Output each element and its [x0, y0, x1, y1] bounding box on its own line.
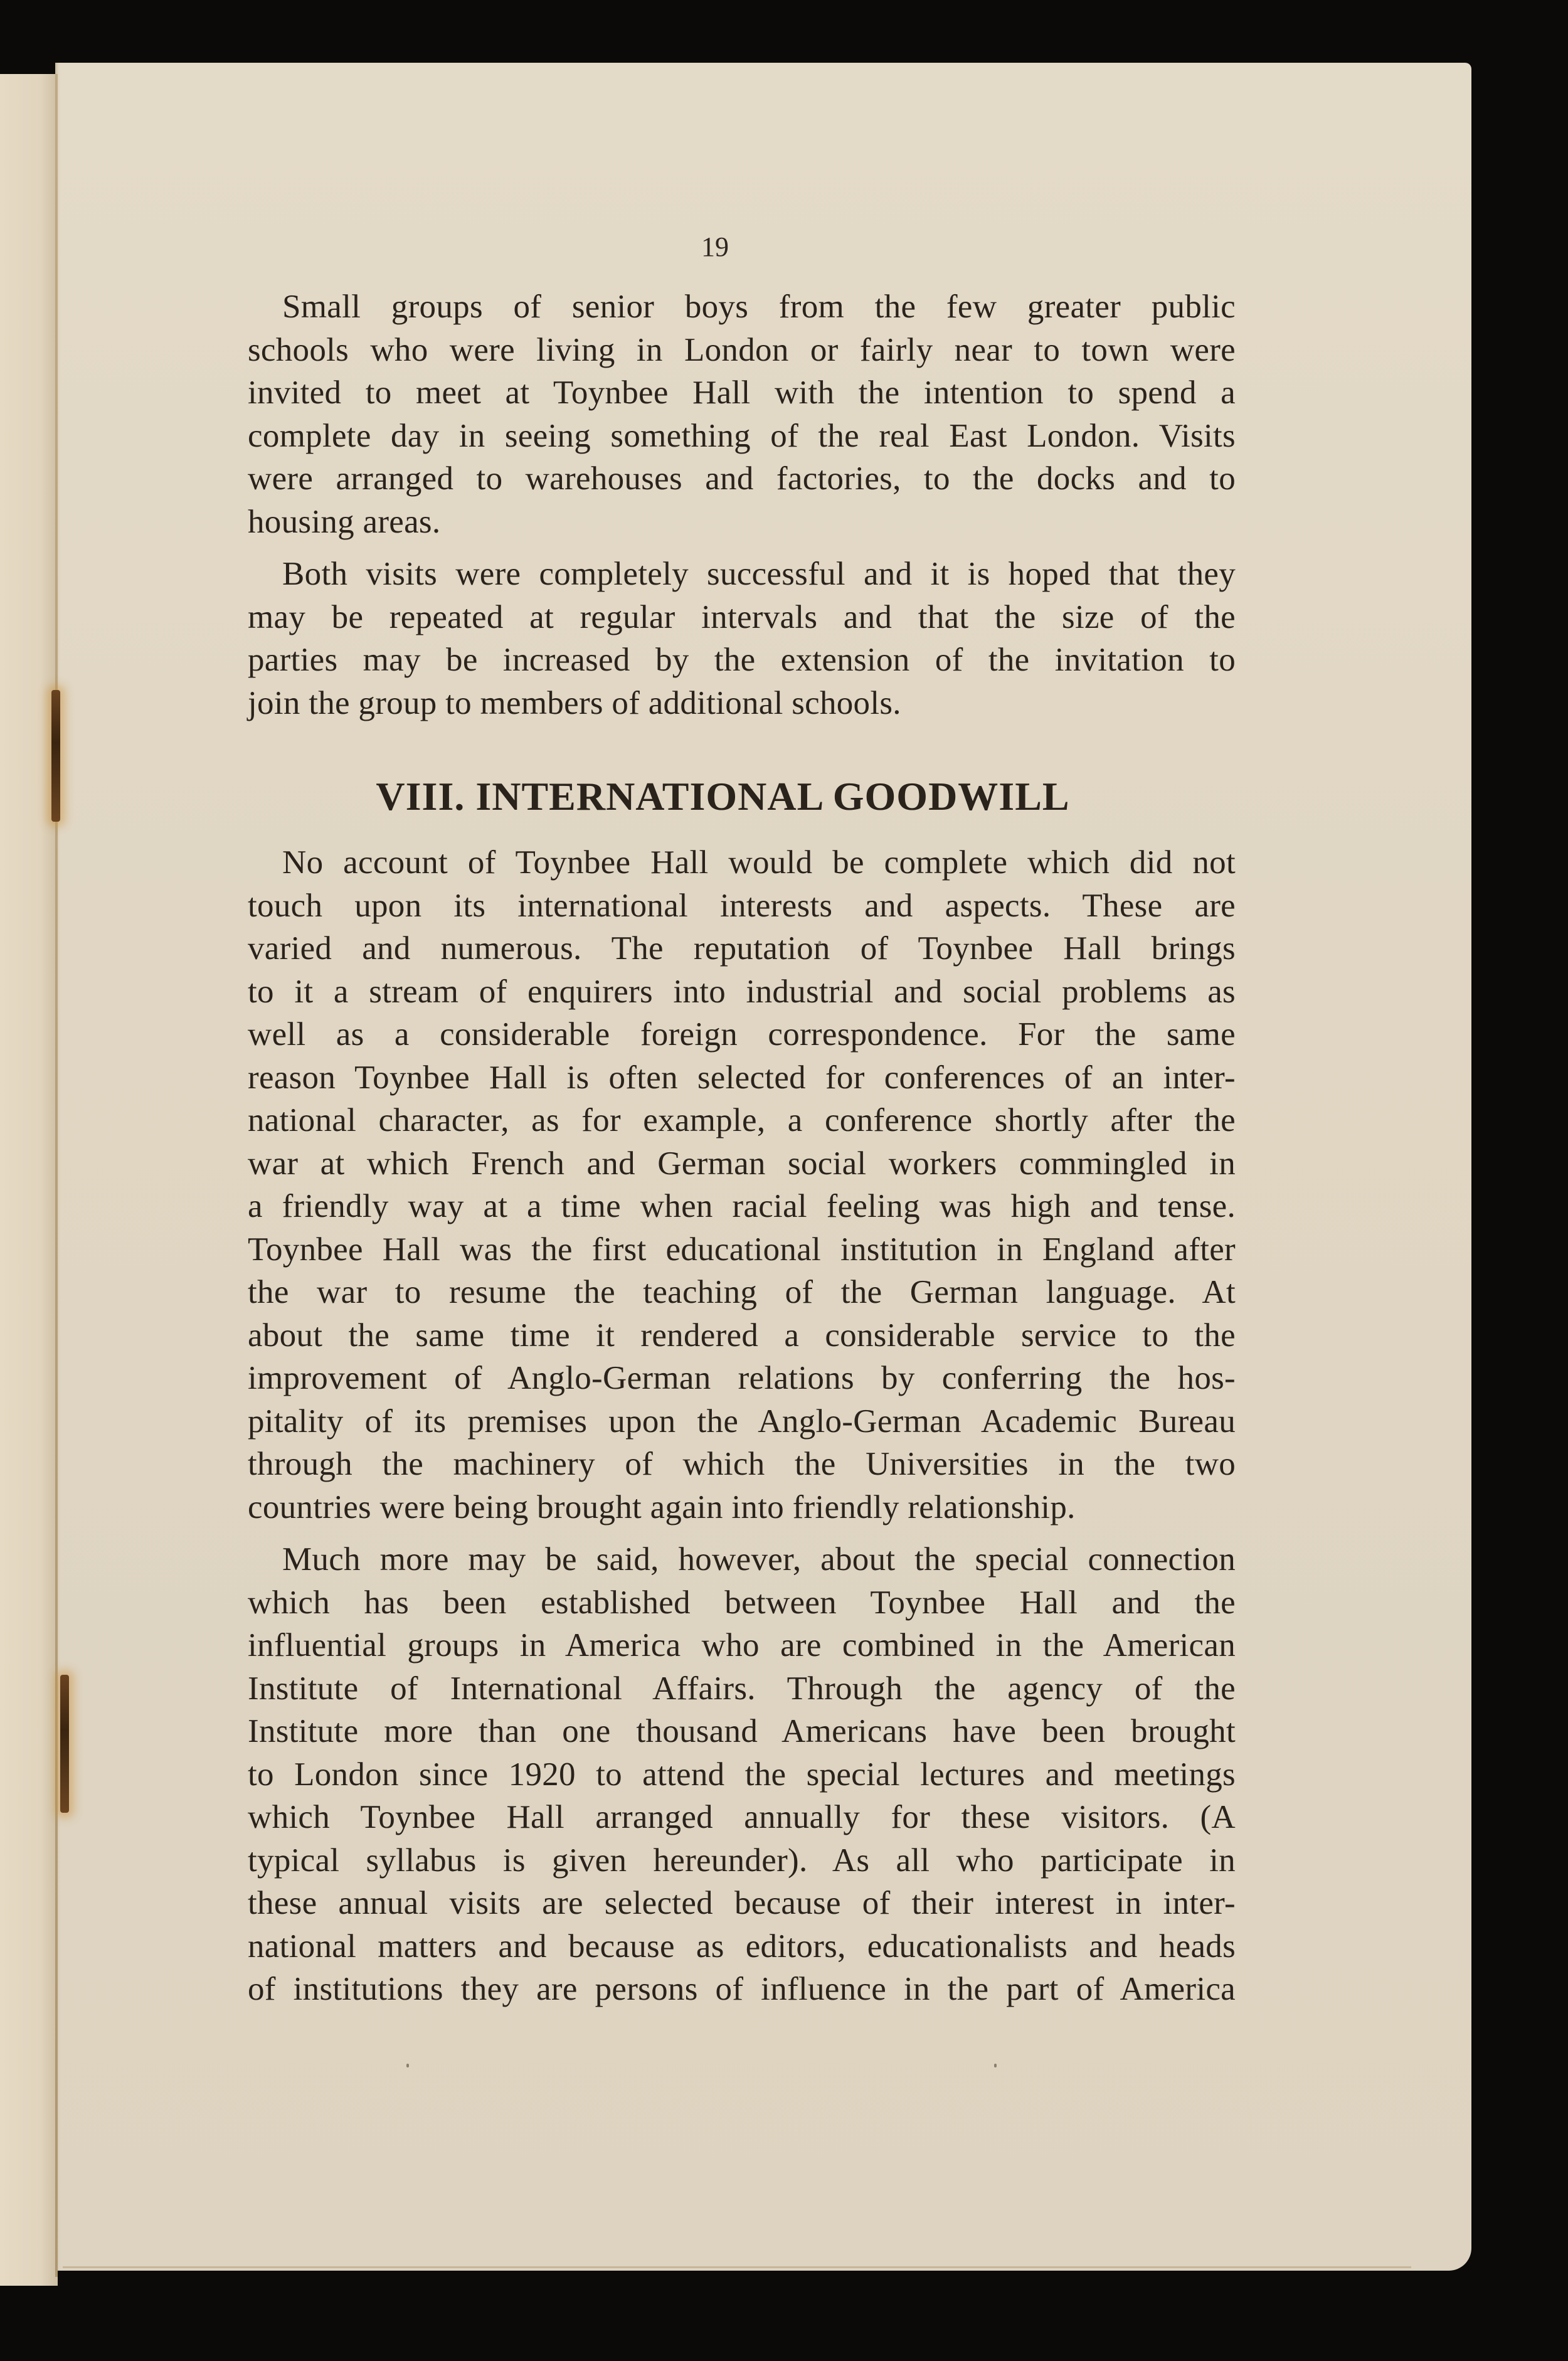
paragraph-school-visits: Small groups of senior boys from the few…: [248, 285, 1236, 543]
text-line: No account of Toynbee Hall would be comp…: [248, 841, 1236, 884]
text-line: Toynbee Hall was the first educational i…: [248, 1228, 1236, 1271]
text-line: Institute more than one thousand America…: [248, 1710, 1236, 1753]
text-line: the war to resume the teaching of the Ge…: [248, 1271, 1236, 1314]
text-line: Institute of International Affairs. Thro…: [248, 1667, 1236, 1711]
paragraph-international-interests: No account of Toynbee Hall would be comp…: [248, 841, 1236, 1529]
text-line: varied and numerous. The reputation of T…: [248, 927, 1236, 970]
page-bottom-edge: [63, 2266, 1411, 2268]
text-line: national character, as for example, a co…: [248, 1099, 1236, 1142]
text-line: typical syllabus is given hereunder). As…: [248, 1839, 1236, 1882]
text-line: schools who were living in London or fai…: [248, 329, 1236, 372]
text-line: of institutions they are persons of infl…: [248, 1968, 1236, 2011]
facing-page-edge: [0, 74, 58, 2286]
text-line: parties may be increased by the extensio…: [248, 639, 1236, 682]
text-line: national matters and because as editors,…: [248, 1925, 1236, 1968]
text-line: Small groups of senior boys from the few…: [248, 285, 1236, 329]
rusty-staple-bottom: [60, 1675, 69, 1813]
text-line: about the same time it rendered a consid…: [248, 1314, 1236, 1357]
paper-speck: [994, 2064, 997, 2067]
text-line: Both visits were completely successful a…: [248, 553, 1236, 596]
section-heading: VIII. INTERNATIONAL GOODWILL: [248, 773, 1236, 820]
text-line: join the group to members of additional …: [248, 682, 1236, 725]
page-number: 19: [0, 231, 1430, 263]
text-line: complete day in seeing something of the …: [248, 415, 1236, 458]
text-line: war at which French and German social wo…: [248, 1142, 1236, 1186]
text-line: these annual visits are selected because…: [248, 1882, 1236, 1925]
rusty-staple-top: [51, 690, 60, 822]
paragraph-visits-successful: Both visits were completely successful a…: [248, 553, 1236, 724]
text-line: to it a stream of enquirers into industr…: [248, 970, 1236, 1014]
text-line: a friendly way at a time when racial fee…: [248, 1185, 1236, 1228]
text-line: were arranged to warehouses and factorie…: [248, 457, 1236, 501]
text-line: which Toynbee Hall arranged annually for…: [248, 1796, 1236, 1839]
text-line: reason Toynbee Hall is often selected fo…: [248, 1056, 1236, 1100]
text-line: housing areas.: [248, 501, 1236, 544]
text-line: countries were being brought again into …: [248, 1486, 1236, 1529]
text-line: may be repeated at regular intervals and…: [248, 596, 1236, 639]
paragraph-american-connection: Much more may be said, however, about th…: [248, 1538, 1236, 2011]
text-line: invited to meet at Toynbee Hall with the…: [248, 371, 1236, 415]
text-line: through the machinery of which the Unive…: [248, 1443, 1236, 1486]
page-gutter: [55, 74, 58, 2277]
text-line: well as a considerable foreign correspon…: [248, 1013, 1236, 1056]
text-line: pitality of its premises upon the Anglo-…: [248, 1400, 1236, 1443]
text-line: improvement of Anglo-German relations by…: [248, 1357, 1236, 1400]
page-body: Small groups of senior boys from the few…: [248, 285, 1236, 2011]
text-line: to London since 1920 to attend the speci…: [248, 1753, 1236, 1796]
text-line: influential groups in America who are co…: [248, 1624, 1236, 1667]
scanned-book-scene: 19 Small groups of senior boys from the …: [0, 0, 1568, 2361]
text-line: Much more may be said, however, about th…: [248, 1538, 1236, 1581]
paper-speck: [406, 2064, 409, 2067]
text-line: which has been established between Toynb…: [248, 1581, 1236, 1625]
text-line: touch upon its international interests a…: [248, 884, 1236, 928]
